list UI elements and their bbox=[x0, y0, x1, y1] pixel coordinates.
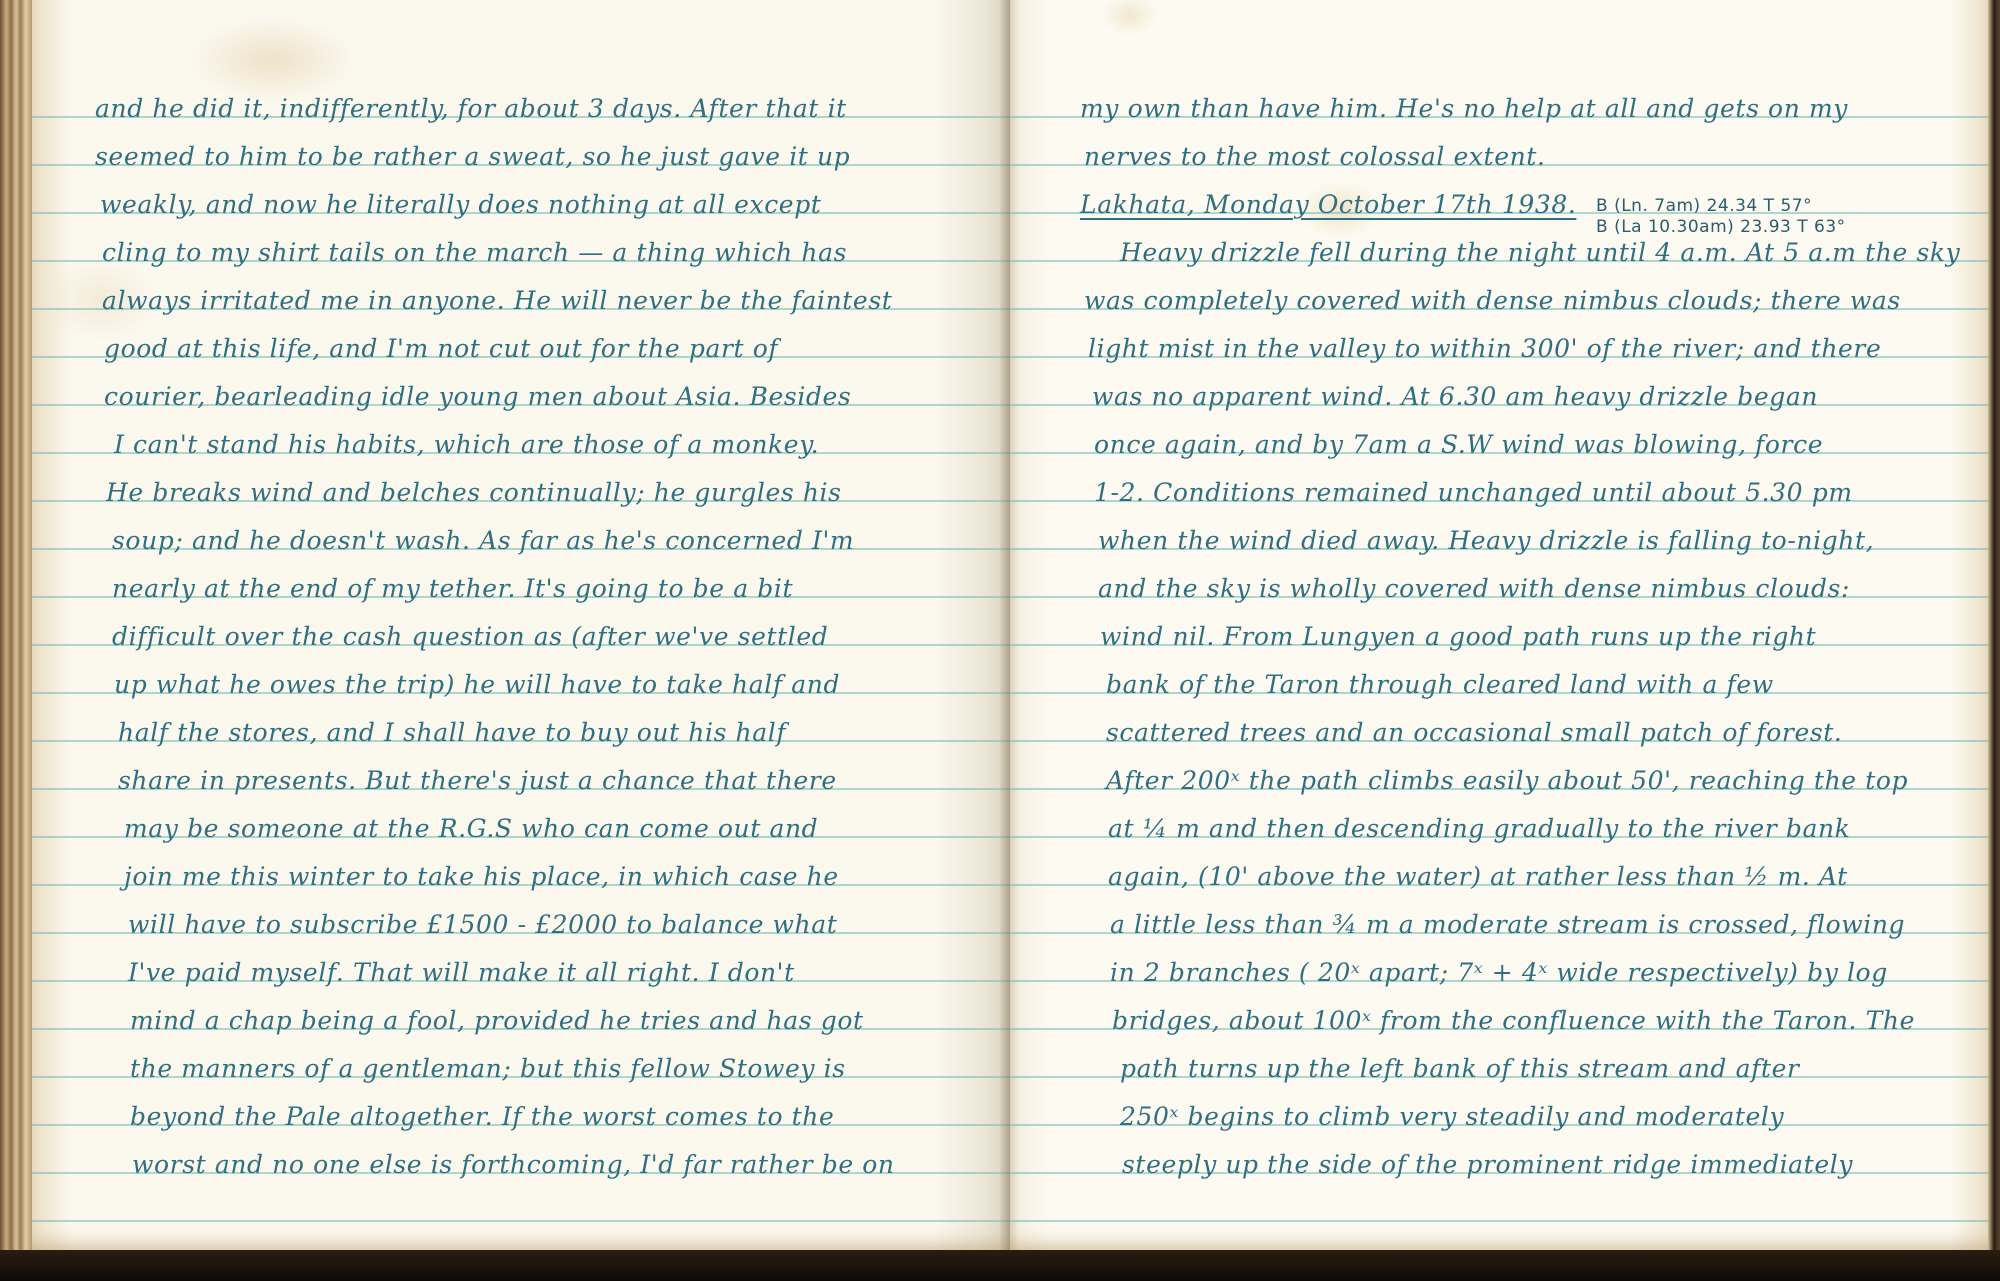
entry-line: scattered trees and an occasional small … bbox=[1106, 718, 1842, 748]
left-line: will have to subscribe £1500 - £2000 to … bbox=[128, 910, 837, 940]
left-line: courier, bearleading idle young men abou… bbox=[104, 382, 851, 412]
left-line: the manners of a gentleman; but this fel… bbox=[130, 1054, 846, 1084]
entry-line: and the sky is wholly covered with dense… bbox=[1098, 574, 1850, 604]
left-line: He breaks wind and belches continually; … bbox=[106, 478, 842, 508]
left-line: soup; and he doesn't wash. As far as he'… bbox=[112, 526, 854, 556]
background-surface bbox=[0, 1250, 2000, 1281]
barometer-reading-1: B (Ln. 7am) 24.34 T 57° bbox=[1596, 196, 1812, 216]
left-line: beyond the Pale altogether. If the worst… bbox=[130, 1102, 834, 1132]
entry-line: once again, and by 7am a S.W wind was bl… bbox=[1094, 430, 1823, 460]
right-intro-line: nerves to the most colossal extent. bbox=[1084, 142, 1546, 172]
left-line: seemed to him to be rather a sweat, so h… bbox=[95, 142, 850, 172]
entry-line: light mist in the valley to within 300' … bbox=[1088, 334, 1881, 364]
entry-line: when the wind died away. Heavy drizzle i… bbox=[1098, 526, 1874, 556]
left-page-text: and he did it, indifferently, for about … bbox=[32, 0, 1010, 1250]
left-line: join me this winter to take his place, i… bbox=[124, 862, 839, 892]
left-line: cling to my shirt tails on the march — a… bbox=[102, 238, 847, 268]
left-line: up what he owes the trip) he will have t… bbox=[114, 670, 840, 700]
right-intro-line: my own than have him. He's no help at al… bbox=[1080, 94, 1848, 124]
left-page: and he did it, indifferently, for about … bbox=[32, 0, 1010, 1250]
left-line: may be someone at the R.G.S who can come… bbox=[124, 814, 818, 844]
entry-line: bank of the Taron through cleared land w… bbox=[1106, 670, 1774, 700]
entry-line: After 200ˣ the path climbs easily about … bbox=[1106, 766, 1908, 796]
right-page: my own than have him. He's no help at al… bbox=[1010, 0, 1988, 1250]
entry-line: a little less than ¾ m a moderate stream… bbox=[1110, 910, 1905, 940]
entry-line: again, (10' above the water) at rather l… bbox=[1108, 862, 1848, 892]
left-line: share in presents. But there's just a ch… bbox=[118, 766, 837, 796]
left-line: always irritated me in anyone. He will n… bbox=[102, 286, 892, 316]
notebook-spread: and he did it, indifferently, for about … bbox=[0, 0, 2000, 1255]
entry-line: was completely covered with dense nimbus… bbox=[1084, 286, 1901, 316]
entry-line: bridges, about 100ˣ from the confluence … bbox=[1112, 1006, 1915, 1036]
left-line: difficult over the cash question as (aft… bbox=[112, 622, 828, 652]
entry-line: wind nil. From Lungyen a good path runs … bbox=[1100, 622, 1816, 652]
left-line: mind a chap being a fool, provided he tr… bbox=[130, 1006, 864, 1036]
entry-line: was no apparent wind. At 6.30 am heavy d… bbox=[1092, 382, 1818, 412]
entry-line: at ¼ m and then descending gradually to … bbox=[1108, 814, 1850, 844]
entry-line: 250ˣ begins to climb very steadily and m… bbox=[1120, 1102, 1784, 1132]
left-line: nearly at the end of my tether. It's goi… bbox=[112, 574, 793, 604]
entry-line: steeply up the side of the prominent rid… bbox=[1122, 1150, 1853, 1180]
left-line: good at this life, and I'm not cut out f… bbox=[104, 334, 778, 364]
entry-line: in 2 branches ( 20ˣ apart; 7ˣ + 4ˣ wide … bbox=[1110, 958, 1888, 988]
right-page-edge bbox=[1988, 0, 2000, 1250]
right-page-text: my own than have him. He's no help at al… bbox=[1010, 0, 1988, 1250]
left-line: weakly, and now he literally does nothin… bbox=[100, 190, 821, 220]
left-line: half the stores, and I shall have to buy… bbox=[118, 718, 786, 748]
left-line: I've paid myself. That will make it all … bbox=[128, 958, 795, 988]
entry-line: Heavy drizzle fell during the night unti… bbox=[1120, 238, 1960, 268]
left-line: I can't stand his habits, which are thos… bbox=[114, 430, 819, 460]
entry-line: 1-2. Conditions remained unchanged until… bbox=[1094, 478, 1853, 508]
left-line: and he did it, indifferently, for about … bbox=[95, 94, 847, 124]
barometer-reading-2: B (La 10.30am) 23.93 T 63° bbox=[1596, 217, 1846, 237]
left-page-edges bbox=[0, 0, 32, 1255]
entry-heading: Lakhata, Monday October 17th 1938. bbox=[1080, 190, 1576, 220]
entry-line: path turns up the left bank of this stre… bbox=[1120, 1054, 1800, 1084]
left-line: worst and no one else is forthcoming, I'… bbox=[132, 1150, 895, 1180]
